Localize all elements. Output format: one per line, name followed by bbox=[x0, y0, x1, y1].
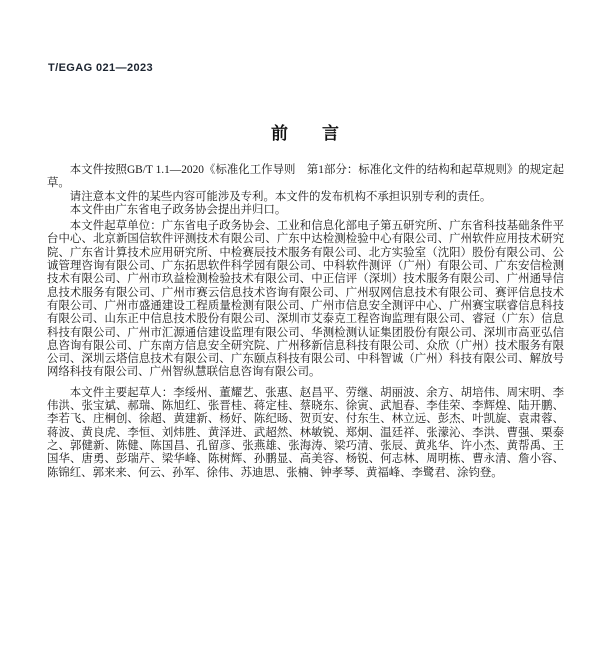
paragraph-issuing-body: 本文件由广东省电子政务协会提出并归口。 bbox=[47, 204, 564, 217]
paragraph-patent-notice: 请注意本文件的某些内容可能涉及专利。本文件的发布机构不承担识别专利的责任。 bbox=[47, 191, 564, 204]
paragraph-drafting-basis: 本文件按照GB/T 1.1—2020《标准化工作导则 第1部分：标准化文件的结构… bbox=[47, 164, 564, 191]
document-page: T/EGAG 021—2023 前 言 本文件按照GB/T 1.1—2020《标… bbox=[0, 0, 610, 652]
document-body: 本文件按照GB/T 1.1—2020《标准化工作导则 第1部分：标准化文件的结构… bbox=[47, 164, 564, 480]
paragraph-main-drafters: 本文件主要起草人：李绥州、董耀艺、张惠、赵昌平、劳继、胡丽波、余方、胡培伟、周宋… bbox=[47, 387, 564, 480]
paragraph-drafting-organizations: 本文件起草单位：广东省电子政务协会、工业和信息化部电子第五研究所、广东省科技基础… bbox=[47, 220, 564, 380]
doc-number: T/EGAG 021—2023 bbox=[48, 62, 153, 74]
page-title: 前 言 bbox=[0, 119, 610, 144]
